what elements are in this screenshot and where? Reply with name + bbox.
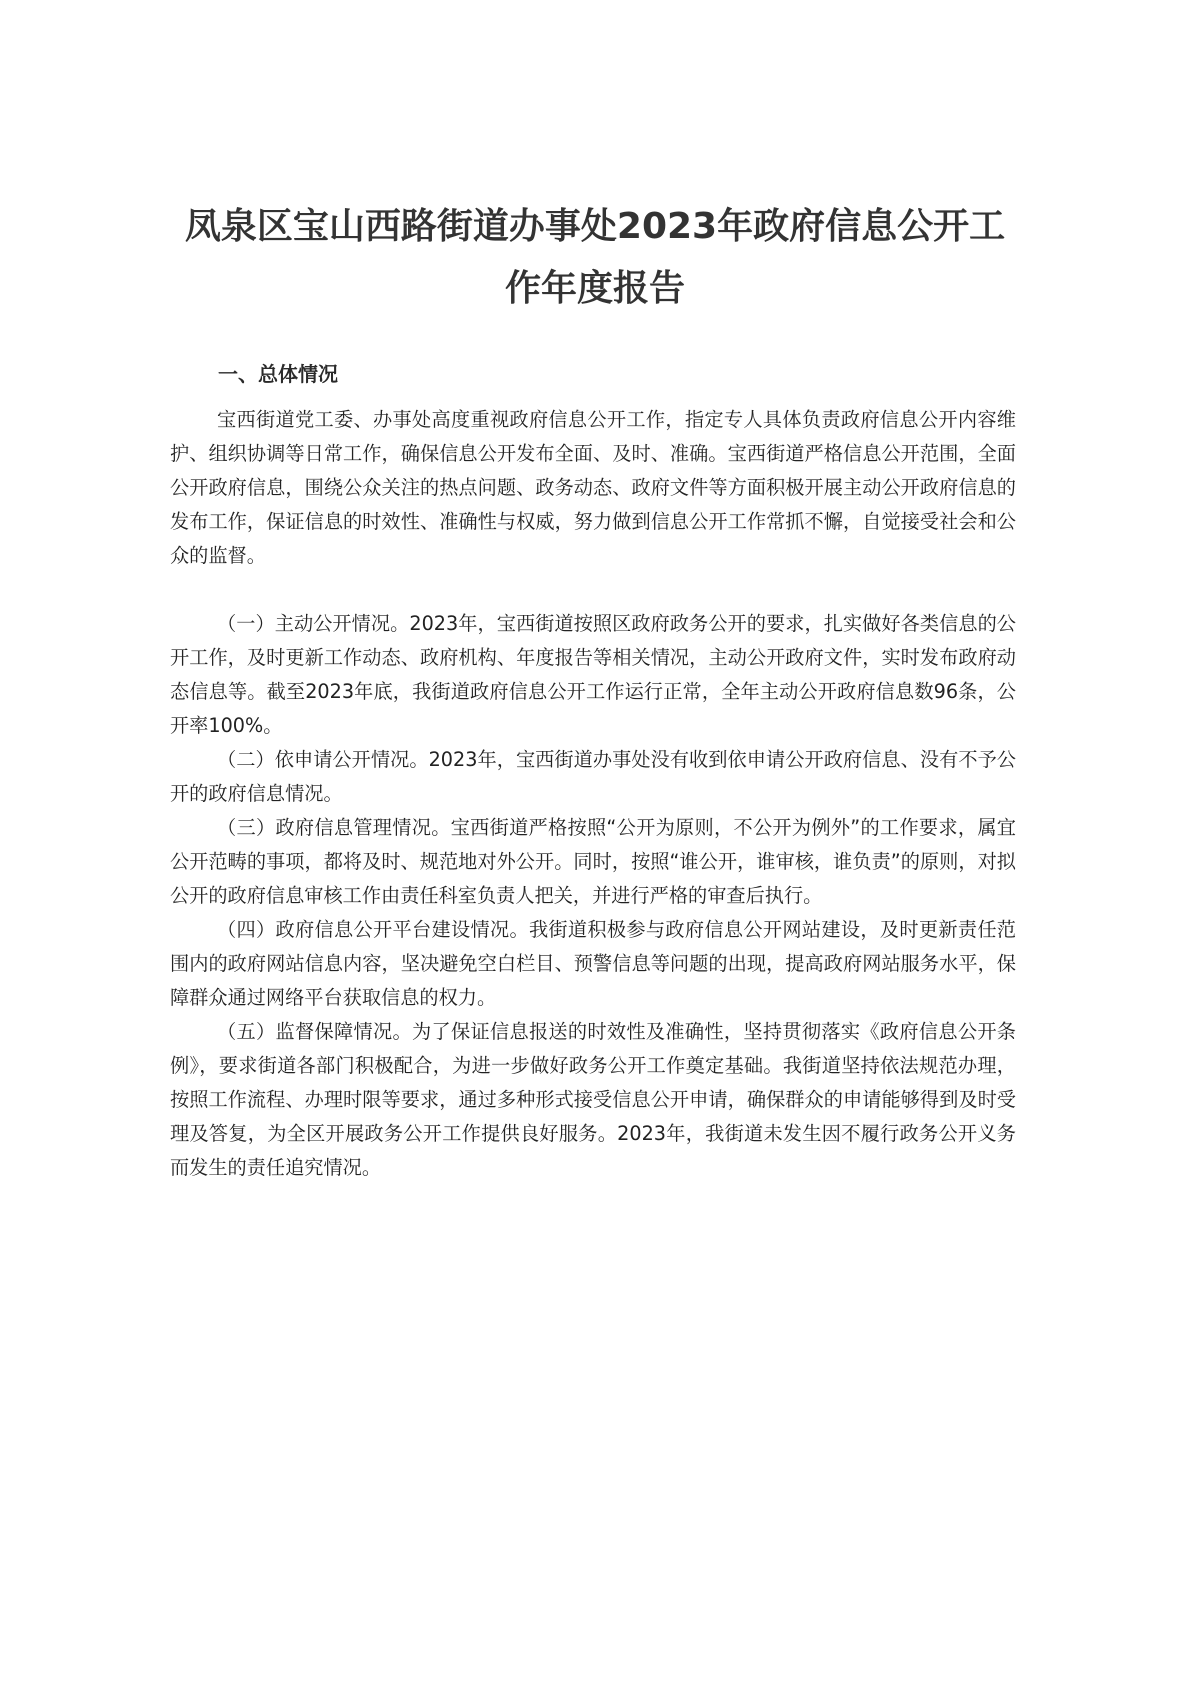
paragraph-supervision: （五）监督保障情况。为了保证信息报送的时效性及准确性，坚持贯彻落实《政府信息公开… — [170, 1015, 1016, 1185]
paragraph-platform-construction: （四）政府信息公开平台建设情况。我街道积极参与政府信息公开网站建设，及时更新责任… — [170, 913, 1016, 1015]
title-line-2: 作年度报告 — [505, 268, 685, 309]
paragraph-active-disclosure: （一）主动公开情况。2023年，宝西街道按照区政府政务公开的要求，扎实做好各类信… — [170, 607, 1016, 743]
document-title: 凤泉区宝山西路街道办事处2023年政府信息公开工 作年度报告 — [170, 196, 1020, 320]
paragraph-info-management: （三）政府信息管理情况。宝西街道严格按照“公开为原则，不公开为例外”的工作要求，… — [170, 811, 1016, 913]
document-body: 一、总体情况 宝西街道党工委、办事处高度重视政府信息公开工作，指定专人具体负责政… — [170, 357, 1016, 1185]
paragraph-request-disclosure: （二）依申请公开情况。2023年，宝西街道办事处没有收到依申请公开政府信息、没有… — [170, 743, 1016, 811]
section-heading-overview: 一、总体情况 — [170, 357, 1016, 391]
document-page: 凤泉区宝山西路街道办事处2023年政府信息公开工 作年度报告 一、总体情况 宝西… — [0, 0, 1190, 1683]
paragraph-overview: 宝西街道党工委、办事处高度重视政府信息公开工作，指定专人具体负责政府信息公开内容… — [170, 403, 1016, 573]
title-line-1: 凤泉区宝山西路街道办事处2023年政府信息公开工 — [185, 206, 1005, 247]
